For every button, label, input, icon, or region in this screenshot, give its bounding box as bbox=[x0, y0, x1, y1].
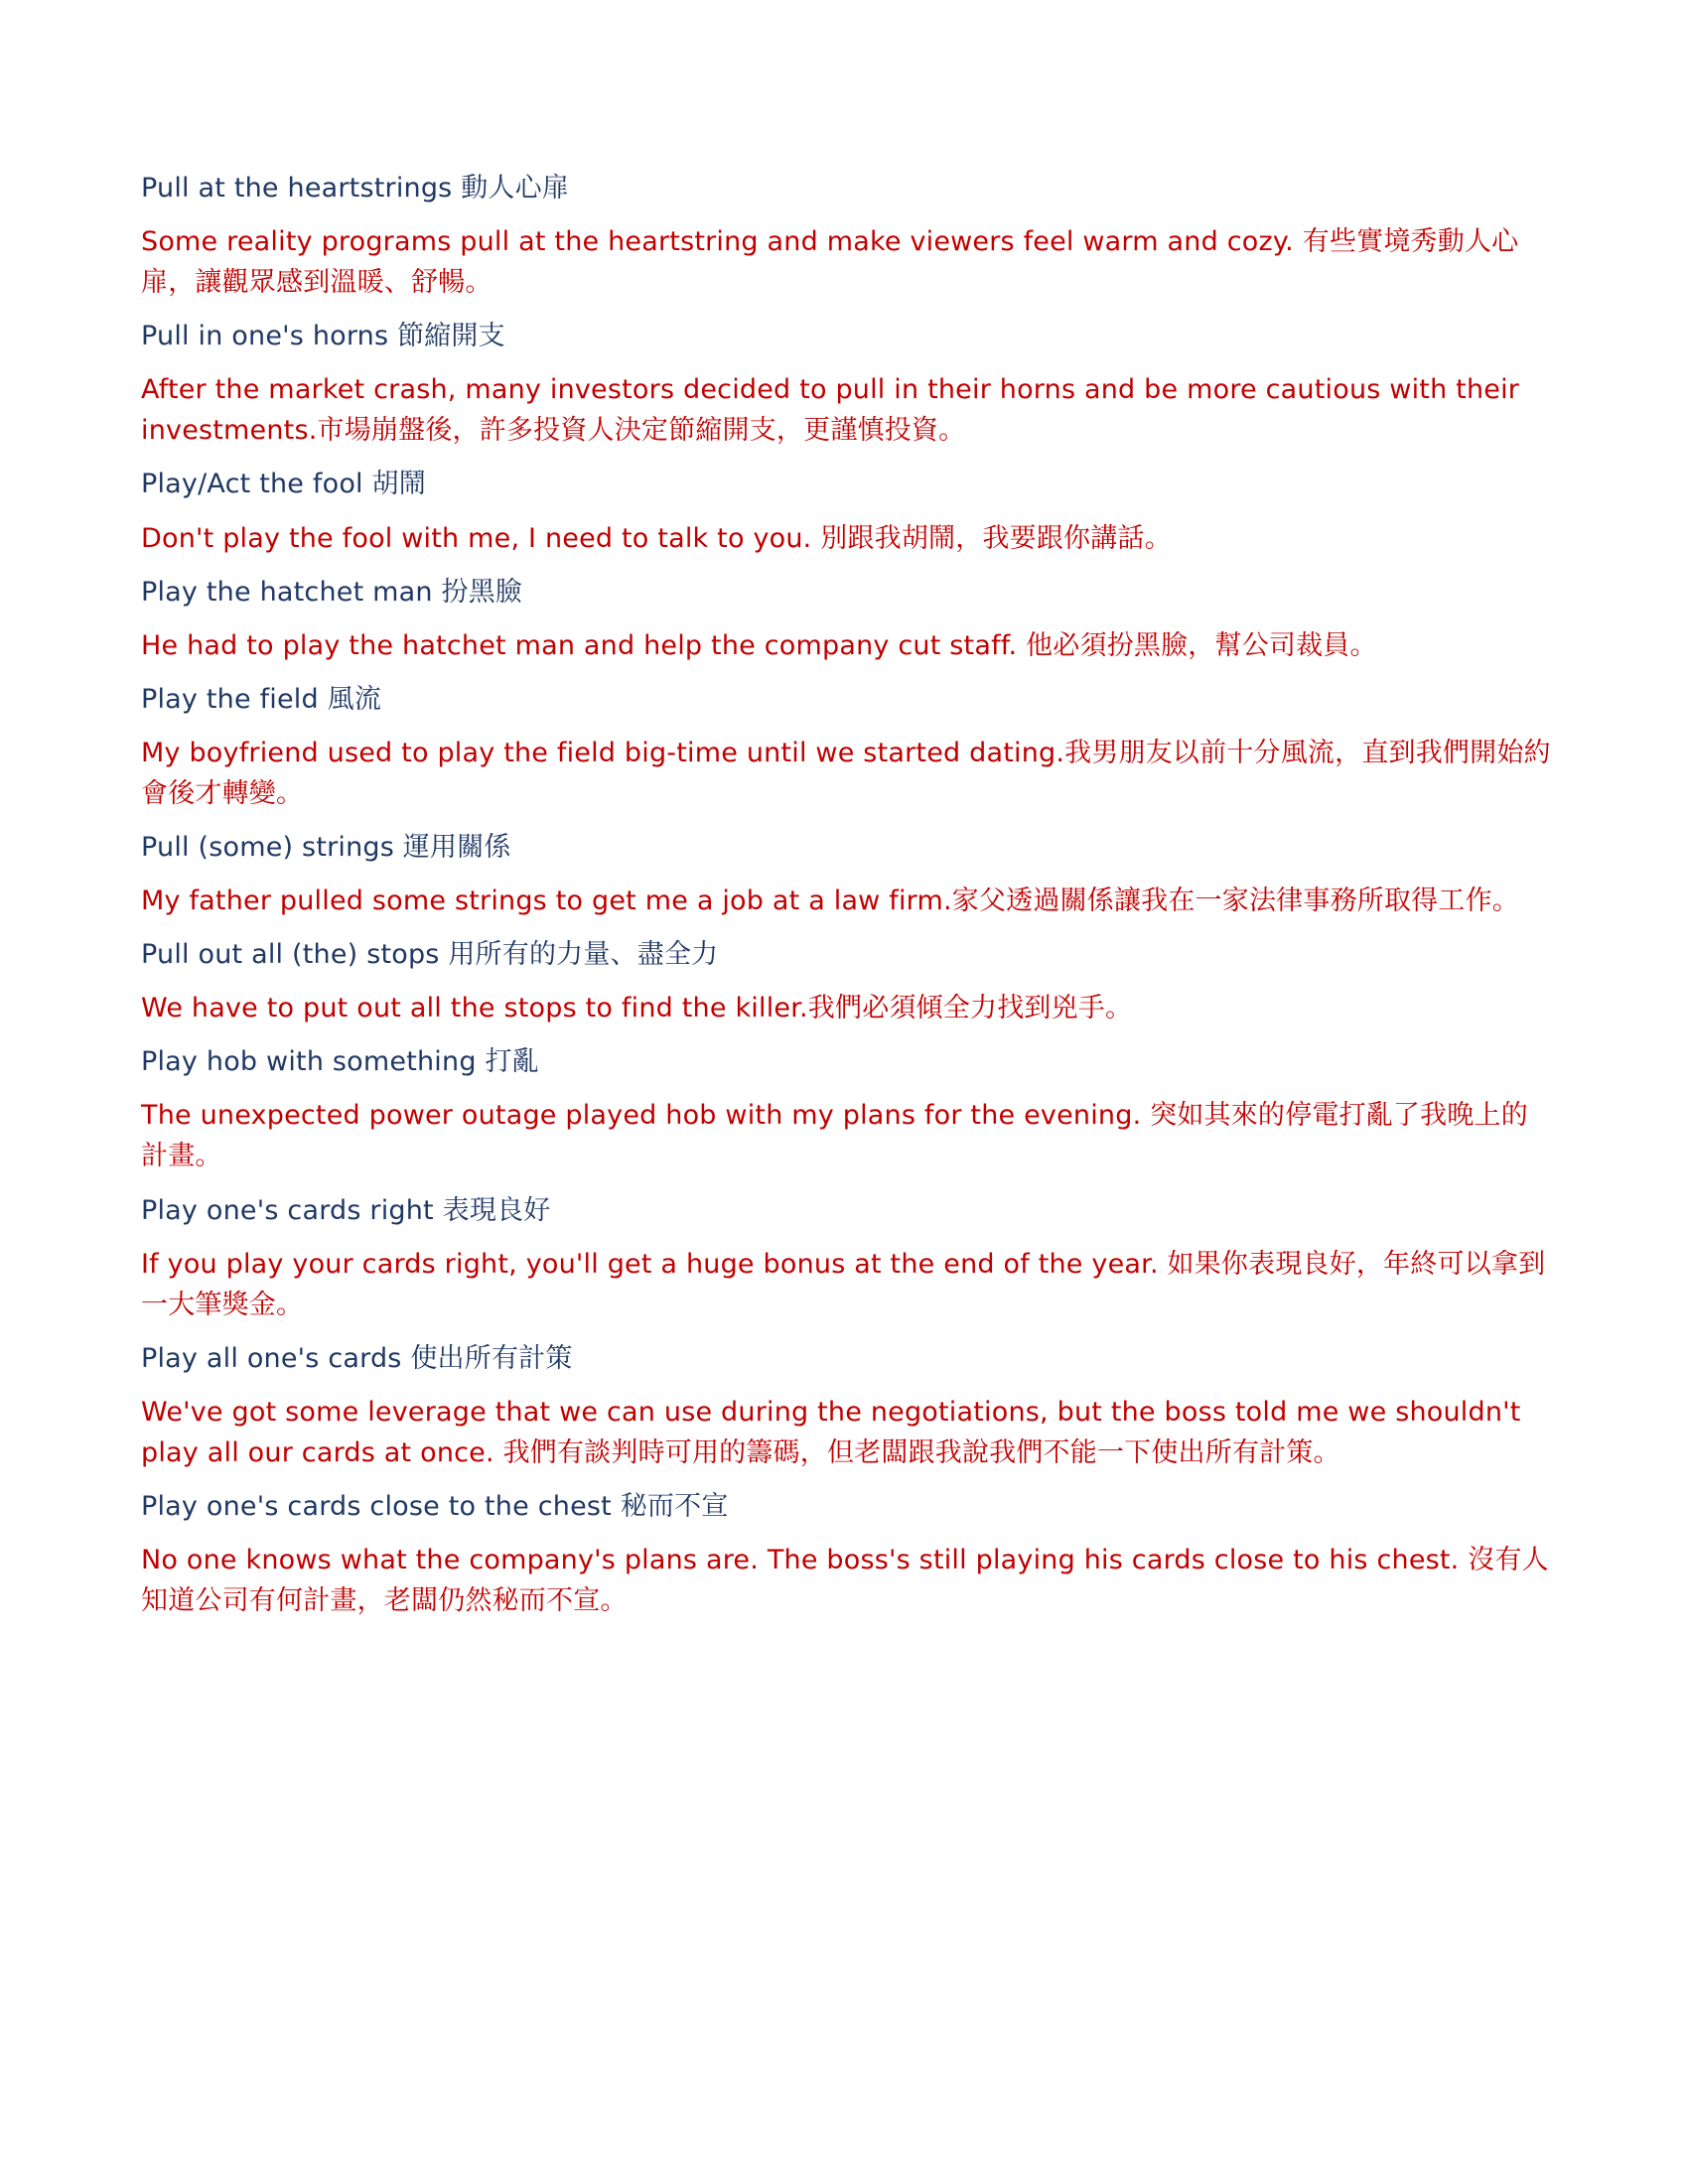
idiom-entry: Pull in one's horns 節縮開支 After the marke… bbox=[141, 317, 1555, 451]
example-sentence: My father pulled some strings to get me … bbox=[141, 881, 1555, 921]
idiom-entry: Play/Act the fool 胡鬧 Don't play the fool… bbox=[141, 465, 1555, 558]
idiom-entry: Play hob with something 打亂 The unexpecte… bbox=[141, 1042, 1555, 1176]
idiom-heading: Play the hatchet man 扮黑臉 bbox=[141, 573, 1555, 612]
idiom-entry: Pull (some) strings 運用關係 My father pulle… bbox=[141, 828, 1555, 921]
idiom-entry: Play the hatchet man 扮黑臉 He had to play … bbox=[141, 573, 1555, 666]
idiom-list: Pull at the heartstrings 動人心扉 Some reali… bbox=[141, 169, 1555, 1635]
idiom-heading: Play hob with something 打亂 bbox=[141, 1042, 1555, 1081]
idiom-heading: Pull at the heartstrings 動人心扉 bbox=[141, 169, 1555, 207]
idiom-entry: Pull out all (the) stops 用所有的力量、盡全力 We h… bbox=[141, 935, 1555, 1028]
idiom-entry: Play one's cards close to the chest 秘而不宣… bbox=[141, 1487, 1555, 1621]
idiom-heading: Play one's cards close to the chest 秘而不宣 bbox=[141, 1487, 1555, 1526]
example-sentence: The unexpected power outage played hob w… bbox=[141, 1095, 1555, 1176]
idiom-entry: Play one's cards right 表現良好 If you play … bbox=[141, 1191, 1555, 1325]
idiom-heading: Pull (some) strings 運用關係 bbox=[141, 828, 1555, 867]
idiom-heading: Pull out all (the) stops 用所有的力量、盡全力 bbox=[141, 935, 1555, 974]
example-sentence: After the market crash, many investors d… bbox=[141, 369, 1555, 451]
idiom-heading: Play all one's cards 使出所有計策 bbox=[141, 1339, 1555, 1378]
idiom-heading: Play one's cards right 表現良好 bbox=[141, 1191, 1555, 1230]
example-sentence: We've got some leverage that we can use … bbox=[141, 1392, 1555, 1473]
example-sentence: Don't play the fool with me, I need to t… bbox=[141, 518, 1555, 559]
idiom-heading: Play/Act the fool 胡鬧 bbox=[141, 465, 1555, 503]
idiom-heading: Play the field 風流 bbox=[141, 680, 1555, 719]
example-sentence: My boyfriend used to play the field big-… bbox=[141, 733, 1555, 814]
example-sentence: We have to put out all the stops to find… bbox=[141, 988, 1555, 1028]
document-page: Pull at the heartstrings 動人心扉 Some reali… bbox=[0, 0, 1688, 2184]
example-sentence: He had to play the hatchet man and help … bbox=[141, 625, 1555, 666]
example-sentence: If you play your cards right, you'll get… bbox=[141, 1244, 1555, 1325]
example-sentence: Some reality programs pull at the hearts… bbox=[141, 221, 1555, 303]
idiom-entry: Play the field 風流 My boyfriend used to p… bbox=[141, 680, 1555, 814]
idiom-entry: Play all one's cards 使出所有計策 We've got so… bbox=[141, 1339, 1555, 1473]
example-sentence: No one knows what the company's plans ar… bbox=[141, 1540, 1555, 1621]
idiom-heading: Pull in one's horns 節縮開支 bbox=[141, 317, 1555, 355]
idiom-entry: Pull at the heartstrings 動人心扉 Some reali… bbox=[141, 169, 1555, 303]
